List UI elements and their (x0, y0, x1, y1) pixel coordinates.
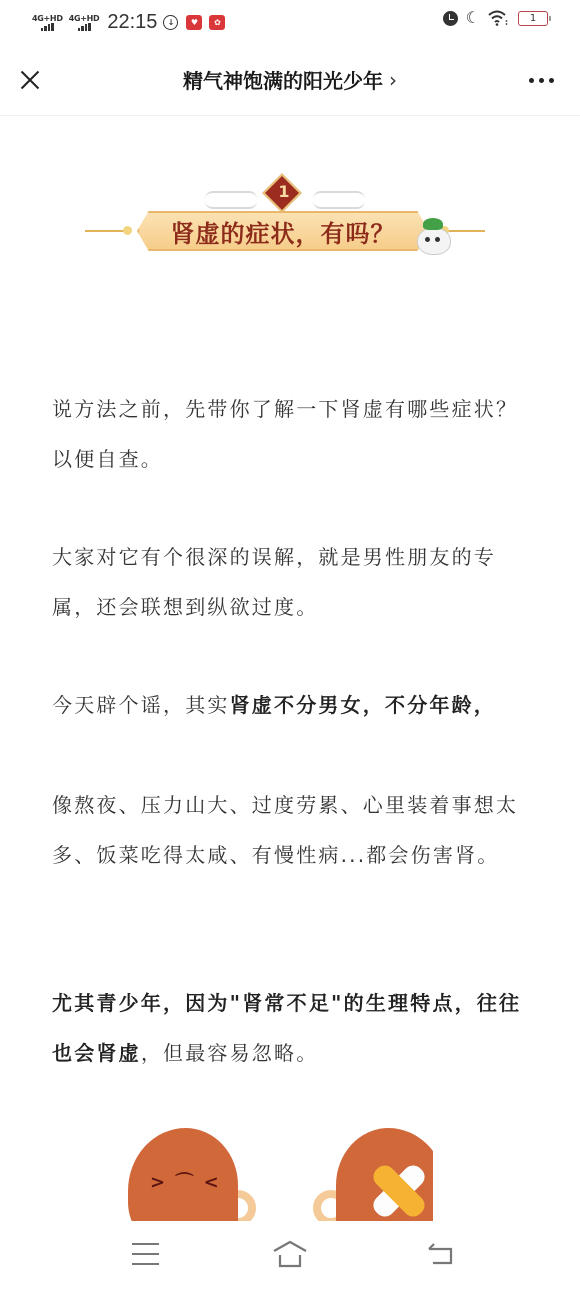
chevron-right-icon: › (389, 68, 397, 92)
radish-mascot-icon (415, 215, 453, 255)
paragraph-text: ，但最容易忽略。 (141, 1041, 319, 1065)
section-number: 1 (268, 182, 300, 206)
kidney-illustration: > ⌒ < (128, 1128, 433, 1221)
signal-icon: 4G+HD (32, 14, 63, 31)
app-notification-icon: ♥ (186, 15, 202, 30)
paragraph-text: 今天辟个谣，其实 (52, 693, 230, 717)
account-title-link[interactable]: 精气神饱满的阳光少年 › (183, 65, 397, 94)
status-bar: 4G+HD 4G+HD 22:15 ↓ ♥ ✿ ☾ 1 (0, 0, 580, 44)
paragraph: 说方法之前，先带你了解一下肾虚有哪些症状？以便自查。 (52, 384, 532, 484)
page-title: 精气神饱满的阳光少年 (183, 65, 383, 94)
bold-emphasis: 肾虚不分男女，不分年龄， (230, 693, 496, 717)
system-navigation-bar (0, 1221, 580, 1289)
nav-bar: 精气神饱满的阳光少年 › (0, 44, 580, 116)
sad-kidney-icon: > ⌒ < (128, 1128, 238, 1221)
paragraph: 像熬夜、压力山大、过度劳累、心里装着事想太多、饭菜吃得太咸、有慢性病...都会伤… (52, 780, 532, 880)
signal-icon: 4G+HD (69, 14, 100, 31)
app-notification-icon: ✿ (209, 15, 225, 30)
data-saver-icon: ↓ (163, 15, 178, 30)
home-icon[interactable] (272, 1239, 308, 1269)
bandaged-kidney-icon (336, 1128, 433, 1221)
heading-plaque: 肾虚的症状，有吗？ (137, 211, 429, 251)
clock: 22:15 (107, 11, 157, 34)
decorative-dot (123, 226, 132, 235)
kidney-face: > ⌒ < (150, 1168, 221, 1194)
section-banner: 1 肾虚的症状，有吗？ (85, 175, 485, 260)
more-icon[interactable] (529, 78, 554, 83)
wifi-icon (488, 10, 508, 26)
paragraph: 今天辟个谣，其实肾虚不分男女，不分年龄， (52, 680, 532, 730)
close-icon[interactable] (16, 66, 44, 94)
do-not-disturb-moon-icon: ☾ (466, 10, 480, 26)
paragraph: 尤其青少年，因为"肾常不足"的生理特点，往往也会肾虚，但最容易忽略。 (52, 978, 532, 1078)
section-heading: 肾虚的症状，有吗？ (171, 214, 396, 249)
paragraph: 大家对它有个很深的误解，就是男性朋友的专属，还会联想到纵欲过度。 (52, 532, 532, 632)
cloud-ornament-icon (313, 191, 365, 209)
battery-icon: 1 (518, 11, 548, 26)
back-icon[interactable] (427, 1241, 455, 1267)
signal-label: 4G+HD (32, 14, 63, 23)
menu-icon[interactable] (132, 1243, 159, 1265)
alarm-icon (443, 11, 458, 26)
decorative-line (85, 230, 125, 232)
cloud-ornament-icon (205, 191, 257, 209)
battery-level: 1 (530, 13, 536, 24)
signal-label: 4G+HD (69, 14, 100, 23)
